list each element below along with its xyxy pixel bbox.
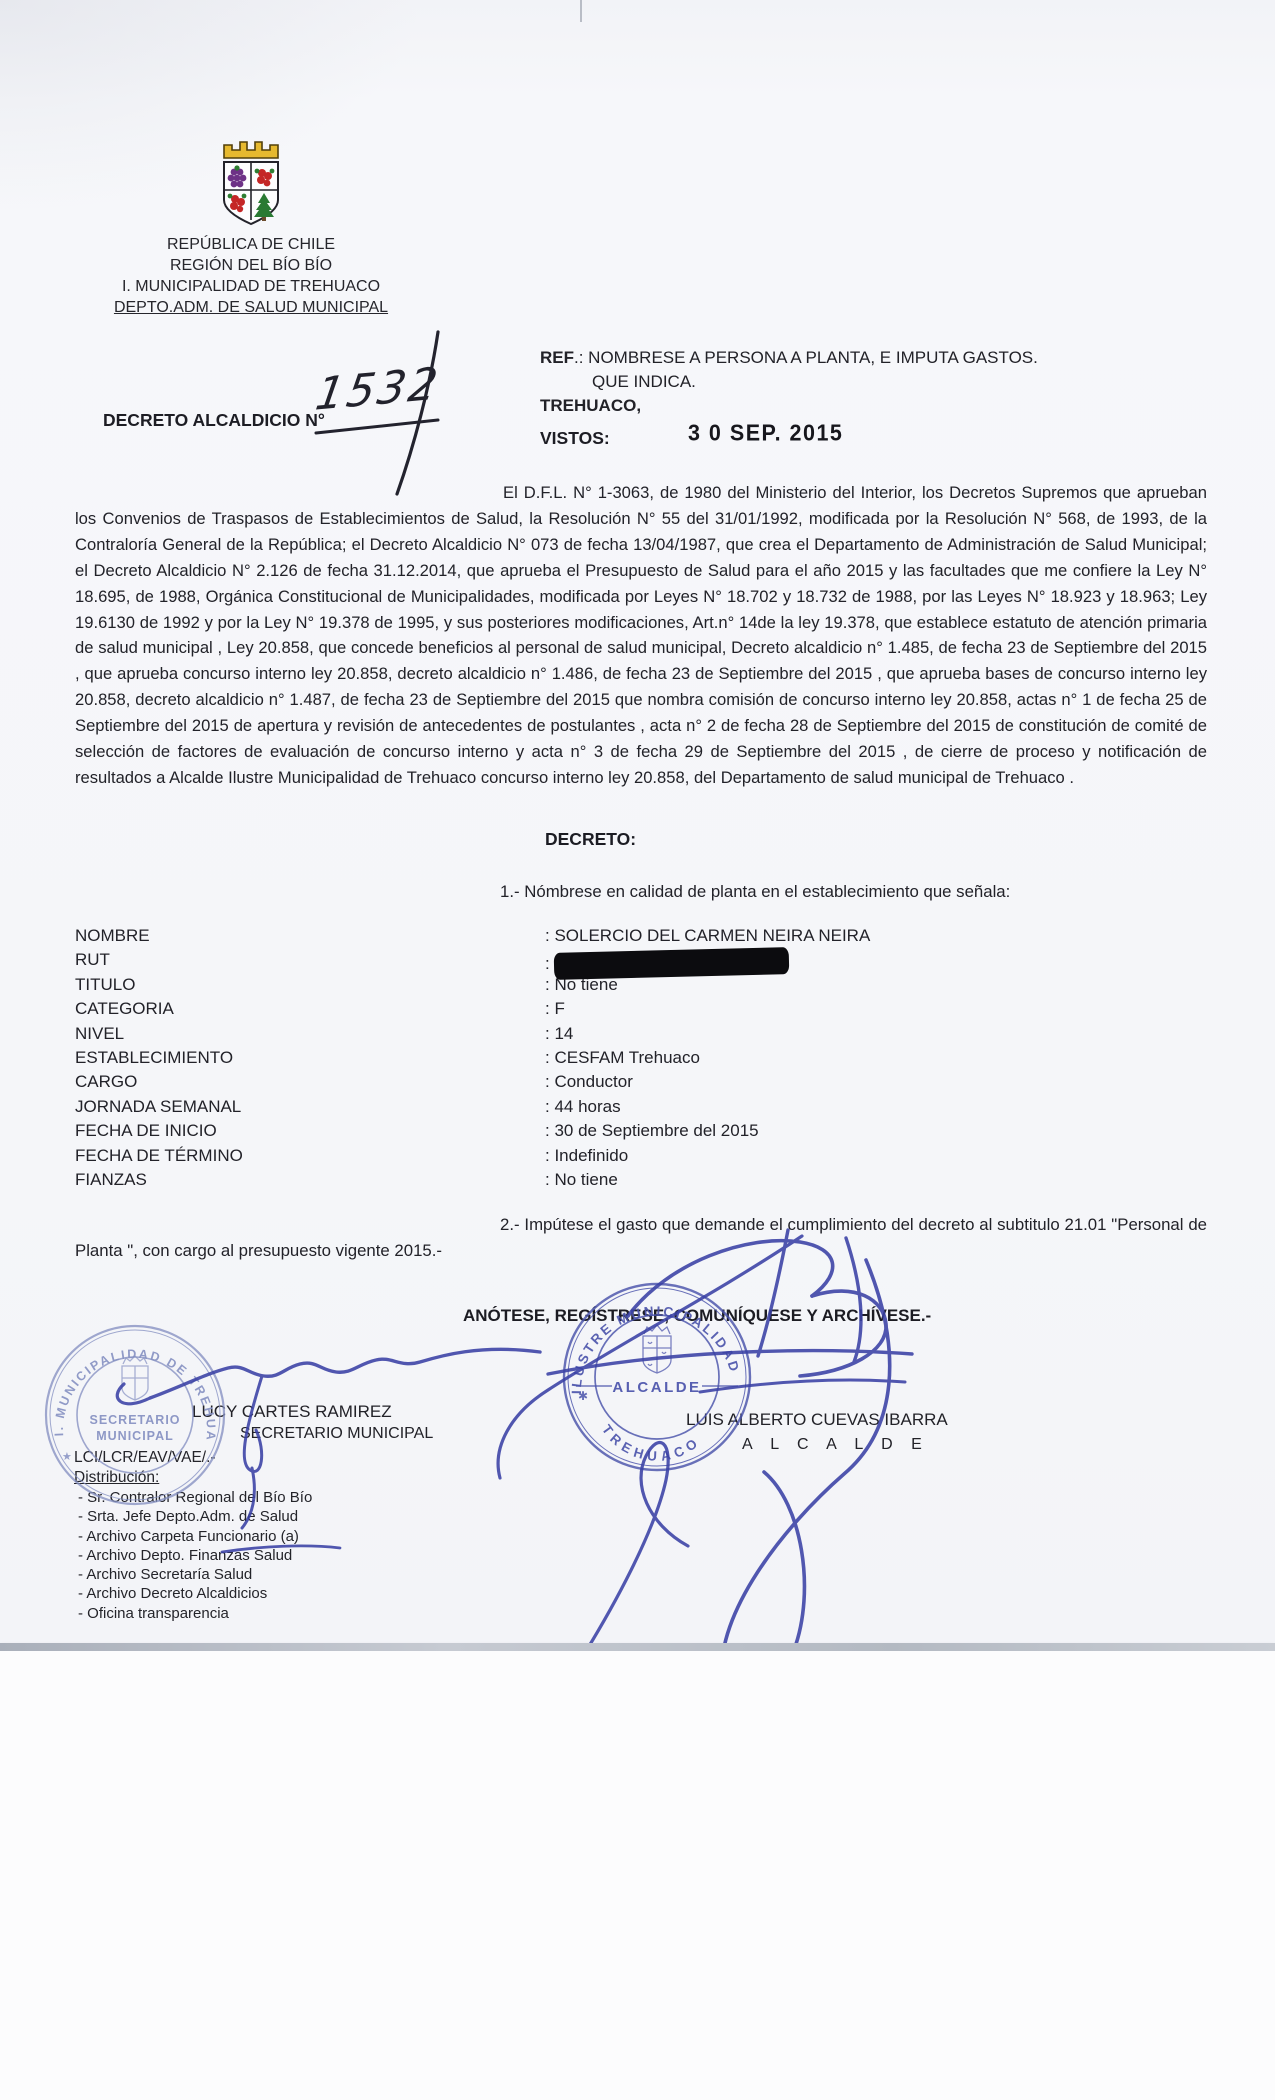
mayor-stamp-center-text: ALCALDE xyxy=(612,1379,701,1396)
fields-table: NOMBRE: SOLERCIO DEL CARMEN NEIRA NEIRAR… xyxy=(75,926,975,1194)
field-value-text: No tiene xyxy=(554,1170,617,1189)
field-value: : 14 xyxy=(545,1024,975,1044)
mayor-stamp-star: ✱ xyxy=(578,1389,588,1403)
field-row: FECHA DE TÉRMINO: Indefinido xyxy=(75,1146,975,1170)
field-value: : Conductor xyxy=(545,1072,975,1092)
field-label: NOMBRE xyxy=(75,926,545,946)
field-value: : Indefinido xyxy=(545,1146,975,1166)
secretary-stamp-center-2: MUNICIPAL xyxy=(96,1429,174,1443)
field-row: JORNADA SEMANAL: 44 horas xyxy=(75,1097,975,1121)
field-value-text: SOLERCIO DEL CARMEN NEIRA NEIRA xyxy=(554,926,870,945)
field-row: CARGO: Conductor xyxy=(75,1072,975,1096)
ref-block: REF.: NOMBRESE A PERSONA A PLANTA, E IMP… xyxy=(540,346,1038,418)
distribution-item: - Archivo Depto. Finanzas Salud xyxy=(78,1546,312,1565)
letterhead-line-2: REGIÓN DEL BÍO BÍO xyxy=(86,255,416,276)
letterhead: REPÚBLICA DE CHILE REGIÓN DEL BÍO BÍO I.… xyxy=(86,138,416,318)
field-value: : xyxy=(545,950,975,977)
mayor-stamp: ILUSTRE MUNICIPALIDAD TREHUACO ALCALDE ✱ xyxy=(558,1278,756,1476)
scanner-background xyxy=(0,1651,1275,2100)
decreto-heading: DECRETO: xyxy=(545,829,636,850)
scanned-decree-page: REPÚBLICA DE CHILE REGIÓN DEL BÍO BÍO I.… xyxy=(0,0,1275,2100)
field-label: NIVEL xyxy=(75,1024,545,1044)
field-row: ESTABLECIMIENTO: CESFAM Trehuaco xyxy=(75,1048,975,1072)
svg-text:TREHUACO: TREHUACO xyxy=(599,1422,704,1464)
distribution-item: - Archivo Secretaría Salud xyxy=(78,1565,312,1584)
field-label: ESTABLECIMIENTO xyxy=(75,1048,545,1068)
field-value-text: 44 horas xyxy=(554,1097,620,1116)
ref-line-1: REF.: NOMBRESE A PERSONA A PLANTA, E IMP… xyxy=(540,346,1038,370)
secretary-title: SECRETARIO MUNICIPAL xyxy=(240,1425,433,1443)
ref-city: TREHUACO, xyxy=(540,394,1038,418)
field-value: : 44 horas xyxy=(545,1097,975,1117)
decree-item-2: 2.- Impútese el gasto que demande el cum… xyxy=(75,1212,1207,1264)
field-row: TITULO: No tiene xyxy=(75,975,975,999)
decree-item-1: 1.- Nómbrese en calidad de planta en el … xyxy=(500,882,1010,902)
field-value: : 30 de Septiembre del 2015 xyxy=(545,1121,975,1141)
field-label: CARGO xyxy=(75,1072,545,1092)
letterhead-line-3: I. MUNICIPALIDAD DE TREHUACO xyxy=(86,276,416,297)
mayor-stamp-ring-bottom-text: TREHUACO xyxy=(599,1422,704,1464)
field-value: : SOLERCIO DEL CARMEN NEIRA NEIRA xyxy=(545,926,975,946)
secretary-stamp-center-1: SECRETARIO xyxy=(89,1413,180,1427)
ref-subject: .: NOMBRESE A PERSONA A PLANTA, E IMPUTA… xyxy=(574,348,1038,367)
field-label: FECHA DE INICIO xyxy=(75,1121,545,1141)
distribution-item: - Archivo Carpeta Funcionario (a) xyxy=(78,1527,312,1546)
field-value-text: Conductor xyxy=(554,1072,632,1091)
field-label: JORNADA SEMANAL xyxy=(75,1097,545,1117)
letterhead-line-1: REPÚBLICA DE CHILE xyxy=(86,234,416,255)
ref-label: REF xyxy=(540,348,574,367)
field-value-text: CESFAM Trehuaco xyxy=(554,1048,700,1067)
crown-icon xyxy=(224,142,278,158)
field-value-text: 14 xyxy=(554,1024,573,1043)
coat-of-arms xyxy=(209,138,293,228)
field-row: CATEGORIA: F xyxy=(75,999,975,1023)
field-label: FECHA DE TÉRMINO xyxy=(75,1146,545,1166)
ref-line-2: QUE INDICA. xyxy=(592,370,1038,394)
field-value-text: F xyxy=(554,999,564,1018)
scan-artifact-line xyxy=(580,0,582,22)
mayor-stamp-shield-icon xyxy=(643,1325,671,1373)
field-row: FIANZAS: No tiene xyxy=(75,1170,975,1194)
decree-number-label: DECRETO ALCALDICIO N° xyxy=(103,410,325,431)
field-label: CATEGORIA xyxy=(75,999,545,1019)
field-label: TITULO xyxy=(75,975,545,995)
secretary-stamp: I. MUNICIPALIDAD DE TREHUACO SECRETARIO … xyxy=(40,1320,230,1510)
distribution-item: - Oficina transparencia xyxy=(78,1604,312,1623)
field-row: FECHA DE INICIO: 30 de Septiembre del 20… xyxy=(75,1121,975,1145)
secretary-stamp-star: ★ xyxy=(62,1451,72,1463)
vistos-paragraph: El D.F.L. N° 1-3063, de 1980 del Ministe… xyxy=(75,480,1207,791)
field-row: NIVEL: 14 xyxy=(75,1024,975,1048)
field-value-text: 30 de Septiembre del 2015 xyxy=(554,1121,758,1140)
letterhead-line-4: DEPTO.ADM. DE SALUD MUNICIPAL xyxy=(86,297,416,318)
date-stamp: 3 0 SEP. 2015 xyxy=(688,420,843,447)
distribution-item: - Srta. Jefe Depto.Adm. de Salud xyxy=(78,1507,312,1526)
secretary-stamp-shield-icon xyxy=(122,1356,148,1400)
field-value-text: Indefinido xyxy=(554,1146,628,1165)
mayor-title: A L C A L D E xyxy=(742,1436,929,1454)
field-label: FIANZAS xyxy=(75,1170,545,1190)
field-row: NOMBRE: SOLERCIO DEL CARMEN NEIRA NEIRA xyxy=(75,926,975,950)
vistos-label: VISTOS: xyxy=(540,428,610,449)
field-value: : CESFAM Trehuaco xyxy=(545,1048,975,1068)
page-edge-band xyxy=(0,1643,1275,1651)
field-value: : No tiene xyxy=(545,1170,975,1190)
field-value: : F xyxy=(545,999,975,1019)
distribution-item: - Archivo Decreto Alcaldicios xyxy=(78,1584,312,1603)
field-label: RUT xyxy=(75,950,545,970)
field-row: RUT: xyxy=(75,950,975,974)
